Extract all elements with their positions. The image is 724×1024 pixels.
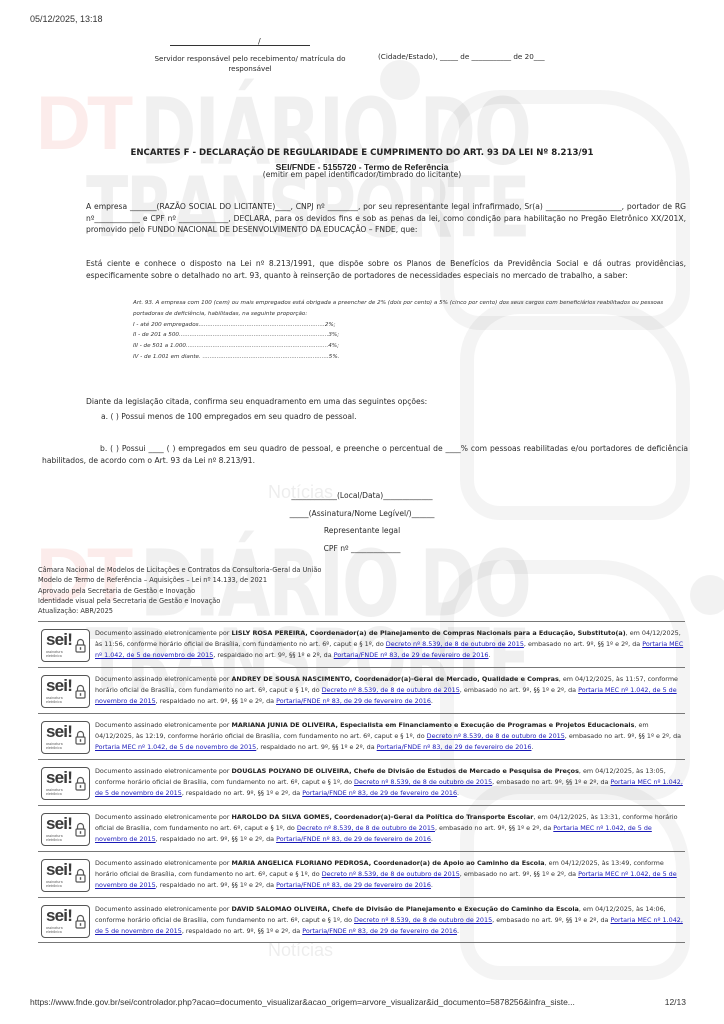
sig-prefix: Documento assinado eletronicamente por bbox=[95, 629, 231, 637]
signature-line bbox=[170, 38, 310, 46]
sei-logo-text: sei! bbox=[46, 768, 72, 788]
decreto-link[interactable]: Decreto nº 8.539, de 8 de outubro de 201… bbox=[354, 916, 492, 924]
lock-icon bbox=[75, 776, 86, 791]
signature-text: Documento assinado eletronicamente por D… bbox=[95, 904, 685, 938]
representative-label: Representante legal bbox=[0, 522, 724, 540]
credit-line: Câmara Nacional de Modelos de Licitações… bbox=[38, 565, 321, 575]
sei-signature-logo: sei! assinaturaeletrônica bbox=[41, 629, 90, 662]
sei-logo-subtitle: assinaturaeletrônica bbox=[46, 927, 63, 934]
sig-text-2: , embasado no art. 9º, §§ 1º e 2º, da bbox=[492, 916, 610, 924]
decreto-link[interactable]: Decreto nº 8.539, de 8 de outubro de 201… bbox=[322, 686, 460, 694]
sig-suffix: . bbox=[488, 651, 490, 659]
sig-text-2: , embasado no art. 9º, §§ 1º e 2º, da bbox=[460, 870, 578, 878]
signature-name-line: _____(Assinatura/Nome Legível/)______ bbox=[0, 505, 724, 523]
sig-prefix: Documento assinado eletronicamente por bbox=[95, 675, 231, 683]
portaria-fnde-link[interactable]: Portaria/FNDE nº 83, de 29 de fevereiro … bbox=[276, 835, 431, 843]
signature-text: Documento assinado eletronicamente por D… bbox=[95, 766, 685, 800]
decreto-link[interactable]: Decreto nº 8.539, de 8 de outubro de 201… bbox=[297, 824, 435, 832]
portaria-fnde-link[interactable]: Portaria/FNDE nº 83, de 29 de fevereiro … bbox=[334, 651, 489, 659]
sei-logo-subtitle: assinaturaeletrônica bbox=[46, 743, 63, 750]
signature-entry: sei! assinaturaeletrônica Documento assi… bbox=[38, 713, 685, 759]
sei-logo-subtitle: assinaturaeletrônica bbox=[46, 697, 63, 704]
signature-text: Documento assinado eletronicamente por M… bbox=[95, 858, 685, 892]
cpf-line: CPF nº _____________ bbox=[0, 540, 724, 558]
lock-icon bbox=[75, 868, 86, 883]
sig-suffix: . bbox=[457, 789, 459, 797]
document-title: ENCARTES F - DECLARAÇÃO DE REGULARIDADE … bbox=[0, 148, 724, 158]
lock-icon bbox=[75, 730, 86, 745]
options-intro: Diante da legislação citada, confirma se… bbox=[86, 397, 427, 406]
sig-text-2: , embasado no art. 9º, §§ 1º e 2º, da bbox=[565, 732, 681, 740]
decreto-link[interactable]: Decreto nº 8.539, de 8 de outubro de 201… bbox=[386, 640, 524, 648]
watermark-tagline-2: Notícias bbox=[268, 940, 333, 961]
credit-line: Atualização: ABR/2025 bbox=[38, 606, 321, 616]
signer-name-role: LISLY ROSA PEREIRA, Coordenador(a) de Pl… bbox=[231, 629, 625, 637]
template-credits: Câmara Nacional de Modelos de Licitações… bbox=[38, 565, 321, 616]
signature-entry: sei! assinaturaeletrônica Documento assi… bbox=[38, 759, 685, 805]
option-a: a. ( ) Possui menos de 100 empregados em… bbox=[101, 412, 357, 421]
sig-text-2: , embasado no art. 9º, §§ 1º e 2º, da bbox=[460, 686, 578, 694]
portaria-mec-link[interactable]: Portaria MEC nº 1.042, de 5 de novembro … bbox=[95, 743, 256, 751]
signature-entry: sei! assinaturaeletrônica Documento assi… bbox=[38, 805, 685, 851]
page-number: 12/13 bbox=[665, 997, 686, 1007]
quote-row: II - de 201 a 500.......................… bbox=[133, 330, 688, 341]
document-subtitle: (emitir em papel identificador/timbrado … bbox=[0, 170, 724, 179]
portaria-fnde-link[interactable]: Portaria/FNDE nº 83, de 29 de fevereiro … bbox=[302, 789, 457, 797]
sei-logo-text: sei! bbox=[46, 906, 72, 926]
sig-suffix: . bbox=[431, 881, 433, 889]
portaria-fnde-link[interactable]: Portaria/FNDE nº 83, de 29 de fevereiro … bbox=[302, 927, 457, 935]
sei-sub-2: eletrônica bbox=[46, 746, 62, 750]
portaria-fnde-link[interactable]: Portaria/FNDE nº 83, de 29 de fevereiro … bbox=[276, 881, 431, 889]
sei-logo-subtitle: assinaturaeletrônica bbox=[46, 651, 63, 658]
quote-row: III - de 501 a 1.000....................… bbox=[133, 341, 688, 352]
lock-icon bbox=[75, 638, 86, 653]
signature-entry: sei! assinaturaeletrônica Documento assi… bbox=[38, 851, 685, 897]
portaria-fnde-link[interactable]: Portaria/FNDE nº 83, de 29 de fevereiro … bbox=[276, 697, 431, 705]
sei-logo-text: sei! bbox=[46, 814, 72, 834]
sei-sub-2: eletrônica bbox=[46, 930, 62, 934]
city-date-line: (Cidade/Estado), _____ de ___________ de… bbox=[378, 52, 545, 61]
sei-logo-subtitle: assinaturaeletrônica bbox=[46, 835, 63, 842]
sei-sub-2: eletrônica bbox=[46, 884, 62, 888]
signature-text: Documento assinado eletronicamente por L… bbox=[95, 628, 685, 662]
signer-name-role: DAVID SALOMAO OLIVEIRA, Chefe de Divisão… bbox=[231, 905, 578, 913]
sig-text-2: , embasado no art. 9º, §§ 1º e 2º, da bbox=[435, 824, 553, 832]
sei-logo-text: sei! bbox=[46, 630, 72, 650]
signature-entry: sei! assinaturaeletrônica Documento assi… bbox=[38, 621, 685, 667]
person-icon bbox=[690, 575, 724, 615]
sig-text-3: , respaldado no art. 9º, §§ 1º e 2º, da bbox=[213, 651, 333, 659]
signature-text: Documento assinado eletronicamente por A… bbox=[95, 674, 685, 708]
quote-intro: Art. 93. A empresa com 100 (cem) ou mais… bbox=[133, 298, 688, 320]
signature-entry: sei! assinaturaeletrônica Documento assi… bbox=[38, 667, 685, 713]
signature-text: Documento assinado eletronicamente por M… bbox=[95, 720, 685, 754]
sei-signature-logo: sei! assinaturaeletrônica bbox=[41, 767, 90, 800]
sei-sub-2: eletrônica bbox=[46, 838, 62, 842]
sei-logo-text: sei! bbox=[46, 676, 72, 696]
sig-suffix: . bbox=[431, 835, 433, 843]
quote-row: I - até 200 empregados..................… bbox=[133, 320, 688, 331]
sig-prefix: Documento assinado eletronicamente por bbox=[95, 721, 231, 729]
sig-suffix: . bbox=[531, 743, 533, 751]
signature-entry: sei! assinaturaeletrônica Documento assi… bbox=[38, 897, 685, 943]
signer-name-role: HAROLDO DA SILVA GOMES, Coordenador(a)-G… bbox=[231, 813, 533, 821]
signer-name-role: DOUGLAS POLYANO DE OLIVEIRA, Chefe de Di… bbox=[231, 767, 578, 775]
declaration-paragraph: A empresa _______(RAZÃO SOCIAL DO LICITA… bbox=[86, 201, 686, 236]
lock-icon bbox=[75, 684, 86, 699]
sei-logo-subtitle: assinaturaeletrônica bbox=[46, 881, 63, 888]
decreto-link[interactable]: Decreto nº 8.539, de 8 de outubro de 201… bbox=[322, 870, 460, 878]
sig-text-2: , embasado no art. 9º, §§ 1º e 2º, da bbox=[524, 640, 642, 648]
sig-text-2: , embasado no art. 9º, §§ 1º e 2º, da bbox=[492, 778, 610, 786]
sei-logo-text: sei! bbox=[46, 860, 72, 880]
sig-prefix: Documento assinado eletronicamente por bbox=[95, 859, 231, 867]
sei-signature-logo: sei! assinaturaeletrônica bbox=[41, 905, 90, 938]
sei-sub-2: eletrônica bbox=[46, 792, 62, 796]
sig-suffix: . bbox=[431, 697, 433, 705]
servidor-label: Servidor responsável pelo recebimento/ m… bbox=[140, 54, 360, 74]
sei-signature-logo: sei! assinaturaeletrônica bbox=[41, 721, 90, 754]
signer-name-role: MARIA ANGELICA FLORIANO PEDROSA, Coorden… bbox=[231, 859, 544, 867]
sig-text-3: , respaldado no art. 9º, §§ 1º e 2º, da bbox=[182, 927, 302, 935]
signature-text: Documento assinado eletronicamente por H… bbox=[95, 812, 685, 846]
portaria-fnde-link[interactable]: Portaria/FNDE nº 83, de 29 de fevereiro … bbox=[377, 743, 532, 751]
signature-slash: / bbox=[258, 37, 261, 46]
sig-prefix: Documento assinado eletronicamente por bbox=[95, 767, 231, 775]
credit-line: Modelo de Termo de Referência – Aquisiçõ… bbox=[38, 575, 321, 585]
sig-suffix: . bbox=[457, 927, 459, 935]
sig-text-3: , respaldado no art. 9º, §§ 1º e 2º, da bbox=[156, 697, 276, 705]
sei-signature-logo: sei! assinaturaeletrônica bbox=[41, 813, 90, 846]
print-header: 05/12/2025, 13:18 SEI/FNDE - 5155720 - T… bbox=[0, 14, 724, 28]
sig-prefix: Documento assinado eletronicamente por bbox=[95, 905, 231, 913]
sei-logo-subtitle: assinaturaeletrônica bbox=[46, 789, 63, 796]
sei-signature-logo: sei! assinaturaeletrônica bbox=[41, 675, 90, 708]
print-datetime: 05/12/2025, 13:18 bbox=[30, 14, 103, 24]
option-b: b. ( ) Possui ____ ( ) empregados em seu… bbox=[42, 443, 688, 467]
sig-text-3: , respaldado no art. 9º, §§ 1º e 2º, da bbox=[156, 835, 276, 843]
person-icon bbox=[380, 60, 420, 100]
sei-sub-2: eletrônica bbox=[46, 654, 62, 658]
sig-text-3: , respaldado no art. 9º, §§ 1º e 2º, da bbox=[182, 789, 302, 797]
law-paragraph: Está ciente e conhece o disposto na Lei … bbox=[86, 258, 686, 281]
signer-name-role: ANDREY DE SOUSA NASCIMENTO, Coordenador(… bbox=[231, 675, 558, 683]
signer-name-role: MARIANA JUNIA DE OLIVEIRA, Especialista … bbox=[231, 721, 634, 729]
sei-signature-logo: sei! assinaturaeletrônica bbox=[41, 859, 90, 892]
electronic-signatures: sei! assinaturaeletrônica Documento assi… bbox=[38, 621, 685, 943]
page-url: https://www.fnde.gov.br/sei/controlador.… bbox=[30, 997, 575, 1007]
quote-row: IV - de 1.001 em diante. ...............… bbox=[133, 352, 688, 363]
sig-text-3: , respaldado no art. 9º, §§ 1º e 2º, da bbox=[256, 743, 376, 751]
lock-icon bbox=[75, 914, 86, 929]
credit-line: Identidade visual pela Secretaria de Ges… bbox=[38, 596, 321, 606]
lock-icon bbox=[75, 822, 86, 837]
sei-sub-2: eletrônica bbox=[46, 700, 62, 704]
sig-prefix: Documento assinado eletronicamente por bbox=[95, 813, 231, 821]
decreto-link[interactable]: Decreto nº 8.539, de 8 de outubro de 201… bbox=[427, 732, 565, 740]
sei-logo-text: sei! bbox=[46, 722, 72, 742]
article-93-quote: Art. 93. A empresa com 100 (cem) ou mais… bbox=[133, 298, 688, 363]
credit-line: Aprovado pela Secretaria de Gestão e Ino… bbox=[38, 586, 321, 596]
local-date-line: ____________(Local/Data)_____________ bbox=[0, 487, 724, 505]
decreto-link[interactable]: Decreto nº 8.539, de 8 de outubro de 201… bbox=[354, 778, 492, 786]
sig-text-3: , respaldado no art. 9º, §§ 1º e 2º, da bbox=[156, 881, 276, 889]
representative-sign-block: ____________(Local/Data)_____________ __… bbox=[0, 487, 724, 557]
